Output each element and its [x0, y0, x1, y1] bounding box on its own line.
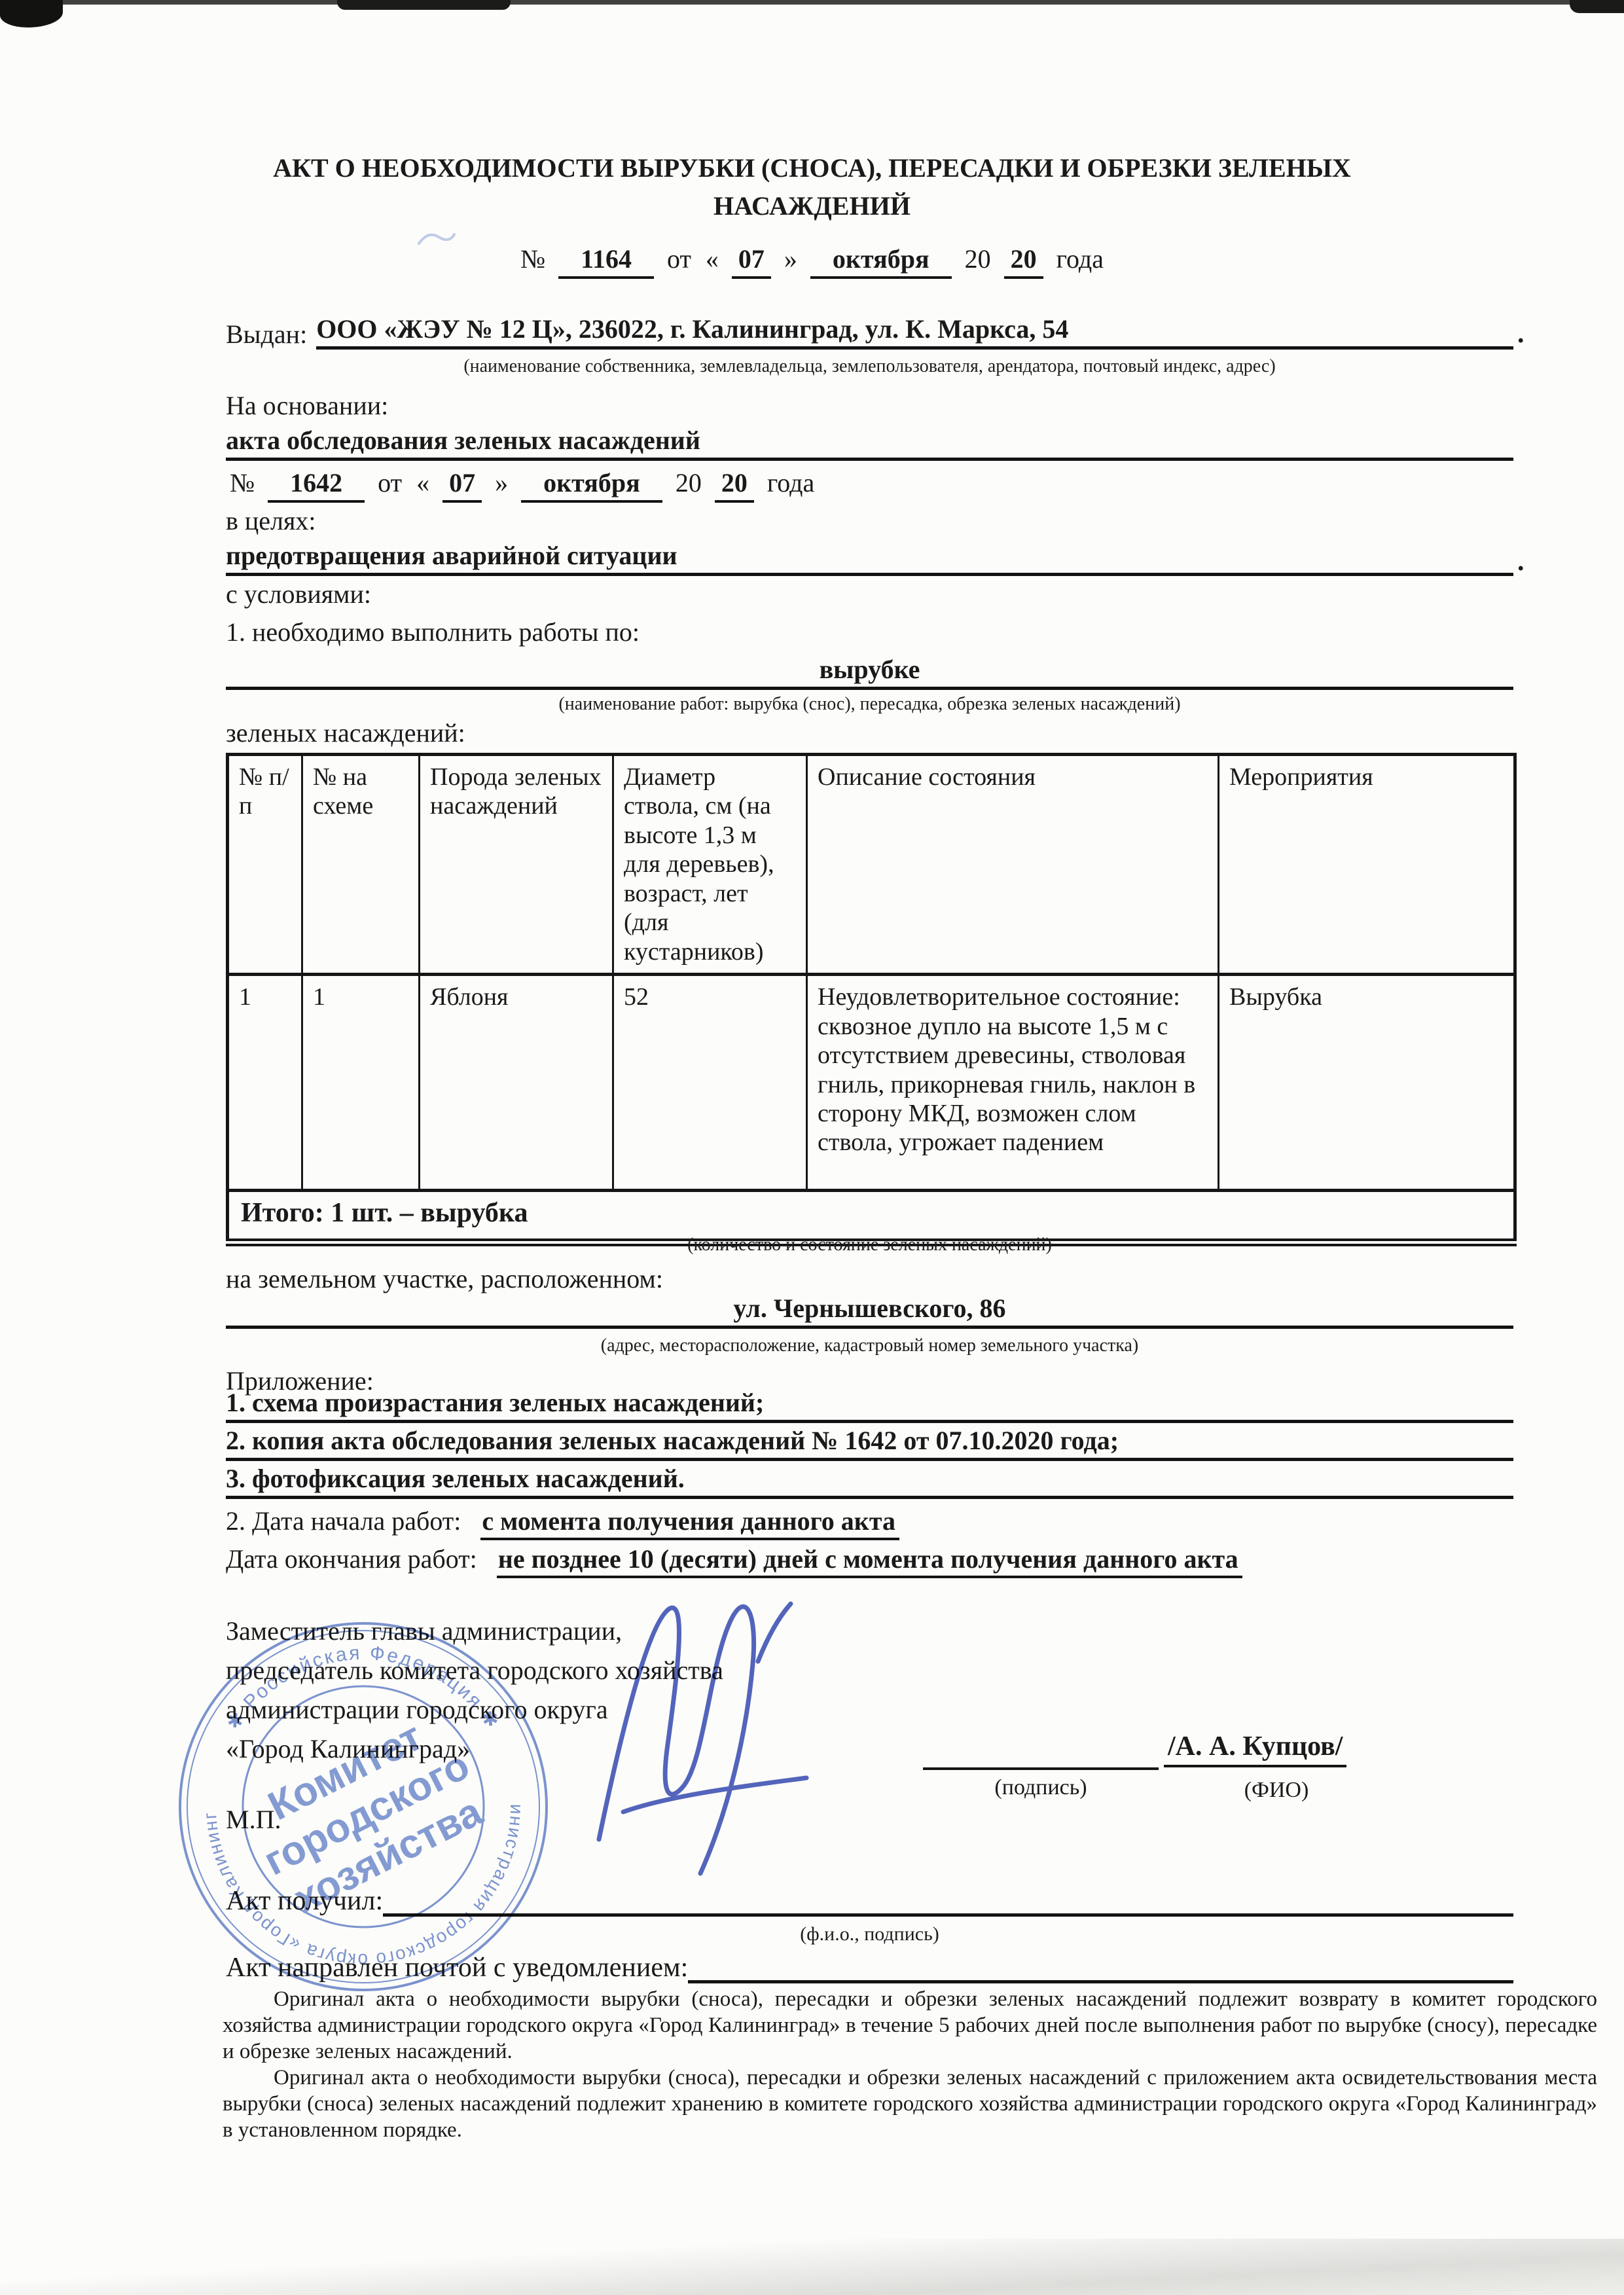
footer-paragraph-1: Оригинал акта о необходимости вырубки (с…	[223, 1986, 1597, 2065]
location-label: на земельном участке, расположенном:	[226, 1263, 1513, 1294]
table-row: 1 1 Яблоня 52 Неудовлетворительное состо…	[228, 975, 1515, 1191]
signature-line	[923, 1739, 1159, 1770]
location-caption: (адрес, месторасположение, кадастровый н…	[226, 1335, 1513, 1356]
scan-edge-artifact	[0, 0, 1624, 5]
year-word: года	[767, 467, 814, 498]
purpose-value: предотвращения аварийной ситуации	[226, 540, 677, 571]
signatory-position-line: Заместитель главы администрации,	[226, 1612, 723, 1651]
act-received-label: Акт получил:	[226, 1885, 383, 1917]
scan-edge-artifact	[337, 0, 511, 10]
signatory-name: /А. А. Купцов/	[1164, 1731, 1346, 1767]
table-header-row: № п/п № на схеме Порода зеленых насажден…	[228, 755, 1515, 975]
location-value: ул. Чернышевского, 86	[733, 1293, 1005, 1324]
start-date-row: 2. Дата начала работ: с момента получени…	[226, 1506, 1513, 1536]
purpose-label: в целях:	[226, 505, 1513, 536]
work-type-value: вырубке	[820, 654, 920, 685]
location-value-row: ул. Чернышевского, 86	[226, 1292, 1513, 1329]
basis-year-value: 20	[715, 467, 754, 503]
basis-number-line: № 1642 от « 07 » октября 20 20 года	[226, 467, 1513, 503]
received-caption: (ф.и.о., подпись)	[226, 1923, 1513, 1945]
issued-to-row: Выдан: ООО «ЖЭУ № 12 Ц», 236022, г. Кали…	[226, 308, 1513, 350]
col-header-measures: Мероприятия	[1219, 755, 1515, 975]
signatory-position-line: председатель комитета городского хозяйст…	[226, 1651, 723, 1690]
act-received-line	[383, 1913, 1513, 1917]
scan-bottom-shadow	[0, 2239, 1624, 2295]
attachment-item-2: 2. копия акта обследования зеленых насаж…	[226, 1425, 1119, 1456]
scan-corner-artifact	[0, 0, 63, 27]
document-number-value: 1164	[558, 244, 654, 279]
end-date-value: не позднее 10 (десяти) дней с момента по…	[497, 1544, 1242, 1578]
col-header-condition: Описание состояния	[807, 755, 1219, 975]
footer-notes: Оригинал акта о необходимости вырубки (с…	[223, 1986, 1597, 2143]
basis-number-value: 1642	[268, 467, 365, 503]
document-title-line2: НАСАЖДЕНИЙ	[0, 187, 1624, 225]
table-caption: (количество и состояние зеленых насажден…	[226, 1235, 1513, 1256]
number-sign: №	[520, 244, 545, 274]
basis-month-value: октября	[521, 467, 662, 503]
year-prefix: 20	[965, 244, 991, 274]
document-number-line: № 1164 от « 07 » октября 20 20 года	[0, 244, 1624, 279]
open-quote: «	[416, 467, 429, 498]
open-quote: «	[706, 244, 719, 274]
document-month-value: октября	[810, 244, 952, 279]
end-date-row: Дата окончания работ: не позднее 10 (дес…	[226, 1544, 1513, 1574]
act-received-row: Акт получил:	[226, 1881, 1513, 1917]
close-quote: »	[495, 467, 508, 498]
close-quote: »	[784, 244, 797, 274]
attachment-item-row: 1. схема произрастания зеленых насаждени…	[226, 1393, 1513, 1423]
issued-to-value: ООО «ЖЭУ № 12 Ц», 236022, г. Калининград…	[316, 314, 1068, 344]
cell-condition: Неудовлетворительное состояние: сквозное…	[807, 975, 1219, 1191]
work-type-row: вырубке	[226, 651, 1513, 690]
document-day-value: 07	[732, 244, 771, 279]
signatory-position-line: «Город Калининград»	[226, 1729, 723, 1769]
document-title-line1: АКТ О НЕОБХОДИМОСТИ ВЫРУБКИ (СНОСА), ПЕР…	[0, 149, 1624, 187]
name-caption: (ФИО)	[1172, 1778, 1381, 1803]
basis-value-row: акта обследования зеленых насаждений	[226, 420, 1513, 461]
signatory-position-line: администрации городского округа	[226, 1690, 723, 1729]
cell-num: 1	[228, 975, 302, 1191]
purpose-value-row: предотвращения аварийной ситуации	[226, 535, 1513, 576]
conditions-label: с условиями:	[226, 579, 1513, 609]
ot-word: от	[667, 244, 691, 274]
basis-value: акта обследования зеленых насаждений	[226, 425, 700, 456]
signatory-position: Заместитель главы администрации, председ…	[226, 1612, 723, 1769]
work-item-label: 1. необходимо выполнить работы по:	[226, 617, 1513, 647]
col-header-species: Порода зеленых насаждений	[420, 755, 613, 975]
work-type-caption: (наименование работ: вырубка (снос), пер…	[226, 694, 1513, 715]
footer-paragraph-2: Оригинал акта о необходимости вырубки (с…	[223, 2065, 1597, 2143]
col-header-diameter: Диаметр ствола, см (на высоте 1,3 м для …	[613, 755, 807, 975]
line-end-period: .	[1517, 318, 1525, 350]
scan-corner-artifact	[1570, 0, 1624, 13]
document-year-value: 20	[1004, 244, 1043, 279]
act-mailed-row: Акт направлен почтой с уведомлением:	[226, 1952, 1513, 1983]
end-date-label: Дата окончания работ:	[226, 1544, 477, 1574]
issued-to-caption: (наименование собственника, землевладель…	[226, 356, 1513, 377]
basis-label: На основании:	[226, 390, 1513, 421]
act-mailed-line	[688, 1980, 1513, 1983]
attachment-item-3: 3. фотофиксация зеленых насаждений.	[226, 1463, 685, 1494]
cell-species: Яблоня	[420, 975, 613, 1191]
issued-to-line: ООО «ЖЭУ № 12 Ц», 236022, г. Калининград…	[316, 314, 1513, 350]
attachment-item-row: 3. фотофиксация зеленых насаждений.	[226, 1469, 1513, 1499]
plantings-table: № п/п № на схеме Порода зеленых насажден…	[226, 753, 1517, 1246]
document-title: АКТ О НЕОБХОДИМОСТИ ВЫРУБКИ (СНОСА), ПЕР…	[0, 149, 1624, 225]
col-header-scheme-num: № на схеме	[302, 755, 420, 975]
ot-word: от	[378, 467, 402, 498]
signature-caption: (подпись)	[923, 1775, 1159, 1800]
col-header-num: № п/п	[228, 755, 302, 975]
plantings-label: зеленых насаждений:	[226, 717, 1513, 748]
act-mailed-label: Акт направлен почтой с уведомлением:	[226, 1952, 688, 1983]
year-prefix: 20	[676, 467, 702, 498]
line-end-period: .	[1517, 546, 1525, 577]
year-word: года	[1056, 244, 1104, 274]
attachment-item-row: 2. копия акта обследования зеленых насаж…	[226, 1431, 1513, 1461]
attachment-item-1: 1. схема произрастания зеленых насаждени…	[226, 1387, 764, 1418]
cell-scheme-num: 1	[302, 975, 420, 1191]
number-sign: №	[230, 467, 255, 498]
cell-diameter: 52	[613, 975, 807, 1191]
scanned-act-document: АКТ О НЕОБХОДИМОСТИ ВЫРУБКИ (СНОСА), ПЕР…	[0, 0, 1624, 2295]
cell-measures: Вырубка	[1219, 975, 1515, 1191]
start-date-value: с момента получения данного акта	[480, 1506, 899, 1540]
issued-to-label: Выдан:	[226, 319, 307, 350]
start-date-label: 2. Дата начала работ:	[226, 1506, 461, 1536]
basis-day-value: 07	[442, 467, 482, 503]
stamp-place-label: М.П.	[226, 1804, 281, 1835]
